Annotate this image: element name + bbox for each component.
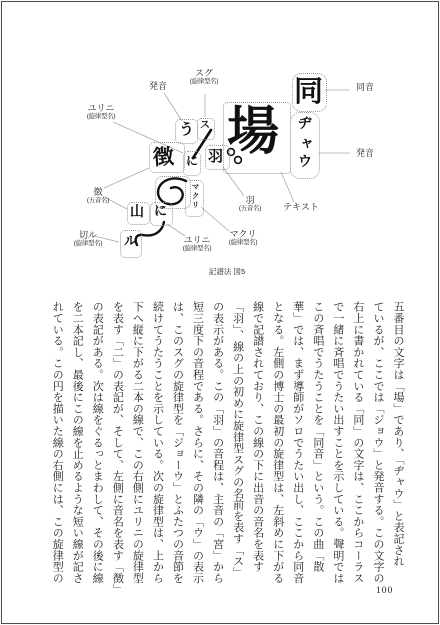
calligraphy-ni1: に (186, 155, 198, 167)
calligraphy-chi: 徴 (152, 145, 174, 167)
figure-caption: 記譜法 図5 (172, 266, 282, 277)
label-text: 徴 (78, 187, 118, 197)
article-text: 五番目の文字は「場」であり、「ヂャウ」と表記され ているが、ここでは「ジョウ」と… (47, 301, 408, 577)
calligraphy-hane: 羽 (208, 149, 223, 164)
label-text: 同音 (352, 82, 378, 92)
calligraphy-dou: 同 (294, 77, 323, 106)
text-column: は、このスグの旋律型を「ジョーウ」とふたつの音節を (167, 301, 187, 577)
calligraphy-ba: 場 (227, 106, 279, 158)
calligraphy-u: う (179, 122, 194, 137)
label-makuri: マクリ (旋律型名) (216, 229, 270, 247)
label-douon: 同音 (352, 82, 378, 92)
label-subtext: (旋律型名) (74, 113, 128, 121)
calligraphy-dyau-2: ャ (300, 136, 314, 150)
label-text: ユリニ (74, 103, 128, 113)
calligraphy-makuri-3: リ (192, 201, 199, 208)
text-column: の表記がある。次は線をぐるっとまわして、その後に線 (87, 301, 107, 577)
text-column: となる。左側の博士の最初の旋律型は、左斜めに下がる (268, 301, 288, 577)
calligraphy-makuri-1: マ (192, 183, 199, 190)
text-column: 線で記譜されており、この線の下に出音の音名を表す (248, 301, 268, 577)
text-column: ているが、ここでは「ジョウ」と発音する。この文字の (368, 301, 388, 577)
book-page: 同 場 ヂ ャ ウ 徴 う ス 羽 に 山 に ル マ ク リ 発音 スグ (旋… (1, 1, 439, 624)
label-tekisuto: テキスト (280, 202, 322, 212)
text-column: で一緒に斉唱でうたい出すことを示している。聲明では (328, 301, 348, 577)
text-column: 華」では、まず導師がソロでうたい出し、ここから同音 (288, 301, 308, 577)
calligraphy-dyau-1: ヂ (298, 117, 312, 131)
calligraphy-su: ス (200, 121, 210, 131)
text-column: 右上に書かれている「同」の文字は、ここからコーラス (348, 301, 368, 577)
label-text: 切ル (64, 230, 112, 240)
page-number: 100 (376, 586, 393, 596)
label-text: テキスト (280, 202, 322, 212)
text-column: の表示がある。この「羽」の音程は、主音の「宮」から (208, 301, 228, 577)
text-column: 「羽」、線の上の初めに旋律型スグの名前を表す「ス」 (228, 301, 248, 577)
label-subtext: (旋律型名) (180, 78, 228, 86)
label-subtext: (五音名) (230, 205, 270, 213)
calligraphy-makuri-2: ク (192, 192, 199, 199)
text-column: を二本記し、最後にこの線を止めるような短い線が記さ (67, 301, 87, 577)
text-column: れている。この円を描いた線の右側には、この旋律型の (47, 301, 67, 577)
label-text: 羽 (230, 195, 270, 205)
calligraphy-dyau-3: ウ (298, 155, 312, 169)
text-column: を表す「二」の表記が、そして、左側に音名を表す「徴」 (107, 301, 127, 577)
label-kiru: 切ル (旋律型名) (64, 230, 112, 248)
label-hatsuon-left: 発音 (145, 81, 171, 91)
text-column: 短三度下の音程である。さらに、その隣の「ウ」の表示 (187, 301, 207, 577)
label-subtext: (旋律型名) (64, 240, 112, 248)
calligraphy-ru: ル (124, 235, 137, 248)
label-hane: 羽 (五音名) (230, 195, 270, 213)
text-column: 続けてうたうことを示している。次の旋律型は、上から (147, 301, 167, 577)
label-text: スグ (180, 68, 228, 78)
label-text: 発音 (352, 148, 378, 158)
label-subtext: (旋律型名) (216, 239, 270, 247)
label-sugu: スグ (旋律型名) (180, 68, 228, 86)
label-subtext: (五音名) (78, 197, 118, 205)
text-column: この斉唱でうたうことを「同音」という。この曲「散 (308, 301, 328, 577)
label-chi: 徴 (五音名) (78, 187, 118, 205)
text-column: 下へ縦に下がる二本の線で、この右側にユリニの旋律型 (127, 301, 147, 577)
label-yurini-top: ユリニ (旋律型名) (74, 103, 128, 121)
label-text: 発音 (145, 81, 171, 91)
text-column: 五番目の文字は「場」であり、「ヂャウ」と表記され (388, 301, 408, 577)
label-text: マクリ (216, 229, 270, 239)
calligraphy-yama: 山 (130, 205, 144, 219)
calligraphy-ni2: に (154, 205, 167, 218)
label-hatsuon-right: 発音 (352, 148, 378, 158)
